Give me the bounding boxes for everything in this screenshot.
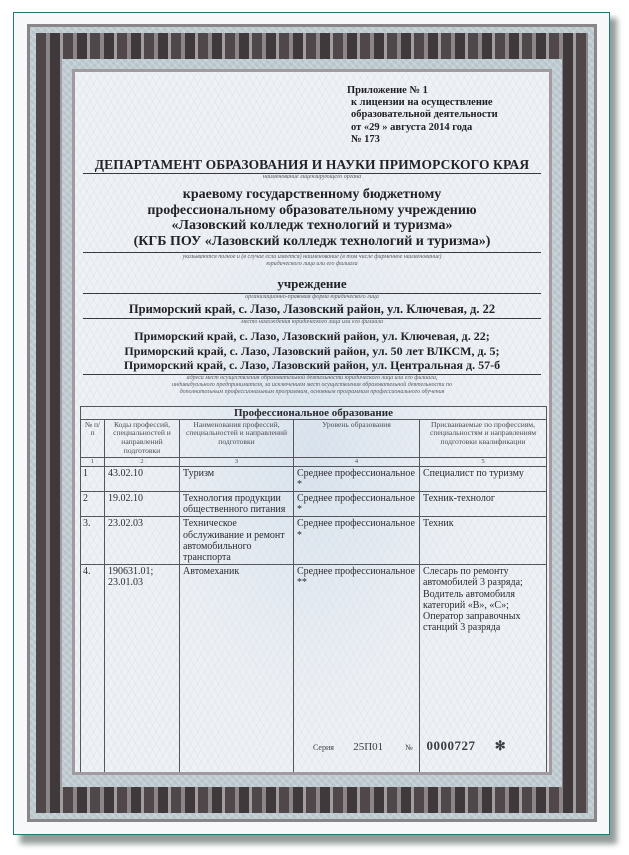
appendix-number: № 173 <box>347 134 498 146</box>
authority-caption: наименование лицензирующего органа <box>75 174 549 181</box>
organization-caption: указываются полное и (в случае если имее… <box>75 254 549 268</box>
cell-number: 4. <box>81 565 105 772</box>
cell-code: 23.02.03 <box>105 517 180 565</box>
cell-code: 190631.01; 23.01.03 <box>105 565 180 772</box>
cell-name: Технология продукции общественного питан… <box>180 491 294 516</box>
cell-number: 3. <box>81 517 105 565</box>
cell-level: Среднее профессиональное * <box>294 466 420 491</box>
cell-qualification: Техник-технолог <box>420 491 547 516</box>
appendix-block: Приложение № 1 к лицензии на осуществлен… <box>347 85 498 146</box>
table-row: 1 43.02.10 Туризм Среднее профессиональн… <box>81 466 547 491</box>
column-header-names: Наименования профессий, специальностей и… <box>180 419 294 457</box>
cell-name: Туризм <box>180 466 294 491</box>
authority-name: ДЕПАРТАМЕНТ ОБРАЗОВАНИЯ И НАУКИ ПРИМОРСК… <box>75 157 549 173</box>
column-header-qualification: Присваиваемые по профессиям, специальнос… <box>420 419 547 457</box>
cell-code: 19.02.10 <box>105 491 180 516</box>
table-row: 2 19.02.10 Технология продукции обществе… <box>81 491 547 516</box>
number-label: № <box>405 743 413 752</box>
document-content: Приложение № 1 к лицензии на осуществлен… <box>75 72 549 772</box>
location-caption: место нахождения юридического лица или е… <box>75 319 549 326</box>
address-line: Приморский край, с. Лазо, Лазовский райо… <box>75 358 549 373</box>
organization-line: «Лазовский колледж технологий и туризма» <box>75 218 549 234</box>
organization-name: краевому государственному бюджетному про… <box>75 187 549 249</box>
cell-level: Среднее профессиональное * <box>294 517 420 565</box>
serial-number-block: Серия 25П01 № 0000727 ✻ <box>313 738 506 754</box>
address-line: Приморский край, с. Лазо, Лазовский райо… <box>75 344 549 359</box>
table-title: Профессиональное образование <box>81 407 547 420</box>
appendix-line: к лицензии на осуществление <box>347 97 498 109</box>
column-number: 4 <box>294 457 420 466</box>
asterisk-mark-icon: ✻ <box>495 738 506 753</box>
cell-number: 1 <box>81 466 105 491</box>
cell-code: 43.02.10 <box>105 466 180 491</box>
activity-addresses: Приморский край, с. Лазо, Лазовский райо… <box>75 329 549 373</box>
divider <box>83 252 541 253</box>
cell-qualification: Специалист по туризму <box>420 466 547 491</box>
cell-name: Техническое обслуживание и ремонт автомо… <box>180 517 294 565</box>
column-number: 3 <box>180 457 294 466</box>
column-header-number: № п/п <box>81 419 105 457</box>
caption-line: юридического лица или его филиала <box>75 261 549 268</box>
number-value: 0000727 <box>427 738 476 753</box>
caption-line: дополнительным профессиональным программ… <box>75 389 549 396</box>
column-number: 5 <box>420 457 547 466</box>
organization-line: профессиональному образовательному учреж… <box>75 203 549 219</box>
location-value: Приморский край, с. Лазо, Лазовский райо… <box>75 302 549 317</box>
activity-addresses-caption: адреса мест осуществления образовательно… <box>75 375 549 397</box>
cell-name: Автомеханик <box>180 565 294 772</box>
column-number: 1 <box>81 457 105 466</box>
appendix-date: от «29 » августа 2014 года <box>347 122 498 134</box>
cell-number: 2 <box>81 491 105 516</box>
column-header-codes: Коды профессий, специальностей и направл… <box>105 419 180 457</box>
organization-short-name: (КГБ ПОУ «Лазовский колледж технологий и… <box>75 234 549 250</box>
legal-form-value: учреждение <box>75 276 549 292</box>
column-number: 2 <box>105 457 180 466</box>
table-row: 3. 23.02.03 Техническое обслуживание и р… <box>81 517 547 565</box>
organization-line: краевому государственному бюджетному <box>75 187 549 203</box>
series-label: Серия <box>313 743 334 752</box>
series-value: 25П01 <box>353 741 383 753</box>
programs-table: Профессиональное образование № п/п Коды … <box>80 406 547 772</box>
address-line: Приморский край, с. Лазо, Лазовский райо… <box>75 329 549 344</box>
appendix-line: образовательной деятельности <box>347 109 498 121</box>
appendix-title: Приложение № 1 <box>347 85 498 97</box>
column-header-level: Уровень образования <box>294 419 420 457</box>
legal-form-caption: организационно-правовая форма юридическо… <box>75 294 549 301</box>
cell-qualification: Техник <box>420 517 547 565</box>
cell-level: Среднее профессиональное * <box>294 491 420 516</box>
